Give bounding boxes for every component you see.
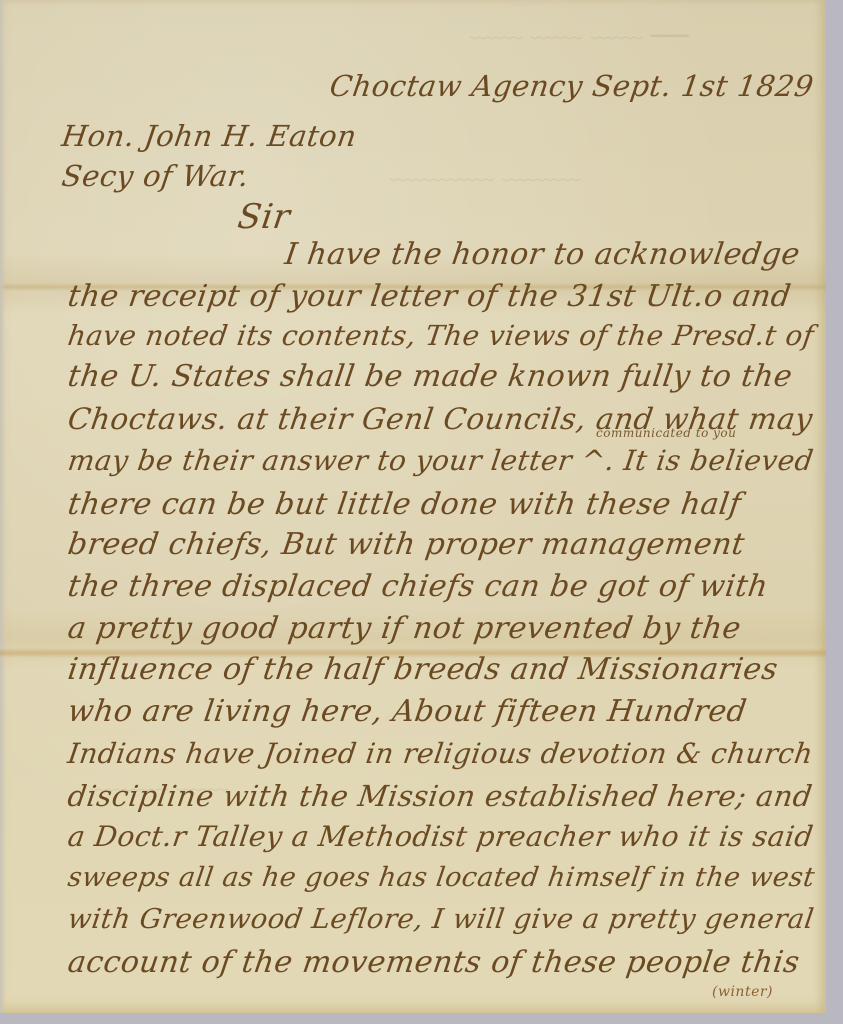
- bleed-through-text: ﹏﹏﹏ ﹏﹏﹏﹏: [390, 150, 580, 187]
- body-line: have noted its contents, The views of th…: [66, 322, 816, 350]
- interlinear-insertion: communicated to you: [596, 427, 736, 439]
- body-line: a Doct.r Talley a Methodist preacher who…: [66, 823, 815, 851]
- recipient-name: Hon. John H. Eaton: [60, 122, 359, 151]
- paper-edge: [0, 0, 6, 1013]
- body-line: a pretty good party if not prevented by …: [66, 614, 743, 644]
- body-line: sweeps all as he goes has located himsel…: [66, 865, 816, 892]
- body-line: who are living here, About fifteen Hundr…: [66, 697, 749, 727]
- body-line: discipline with the Mission established …: [66, 782, 814, 811]
- catchword: (winter): [712, 985, 773, 999]
- body-line: the receipt of your letter of the 31st U…: [66, 282, 793, 312]
- body-line: influence of the half breeds and Mission…: [66, 655, 780, 685]
- letter-page: ـــــ ﹏﹏ ﹏﹏ ﹏﹏ ﹏﹏﹏ ﹏﹏﹏﹏ ﹏﹏ ﹏﹏﹏ Choctaw A…: [0, 0, 826, 1013]
- document-viewer: ـــــ ﹏﹏ ﹏﹏ ﹏﹏ ﹏﹏﹏ ﹏﹏﹏﹏ ﹏﹏ ﹏﹏﹏ Choctaw A…: [0, 0, 843, 1024]
- body-line: the U. States shall be made known fully …: [66, 362, 794, 392]
- bleed-through-text: ـــــ ﹏﹏ ﹏﹏ ﹏﹏: [470, 8, 689, 45]
- body-line: breed chiefs, But with proper management: [66, 530, 747, 560]
- letter-heading-place-date: Choctaw Agency Sept. 1st 1829: [328, 72, 816, 101]
- salutation: Sir: [236, 200, 293, 234]
- body-line: account of the movements of these people…: [66, 948, 802, 978]
- body-line: may be their answer to your letter ^. It…: [66, 447, 815, 475]
- body-line: with Greenwood Leflore, I will give a pr…: [66, 906, 816, 933]
- recipient-title: Secy of War.: [60, 162, 251, 191]
- body-line: the three displaced chiefs can be got of…: [66, 572, 770, 602]
- body-line: Indians have Joined in religious devotio…: [66, 740, 815, 768]
- body-line: I have the honor to acknowledge: [283, 240, 802, 270]
- body-line: there can be but little done with these …: [66, 490, 743, 520]
